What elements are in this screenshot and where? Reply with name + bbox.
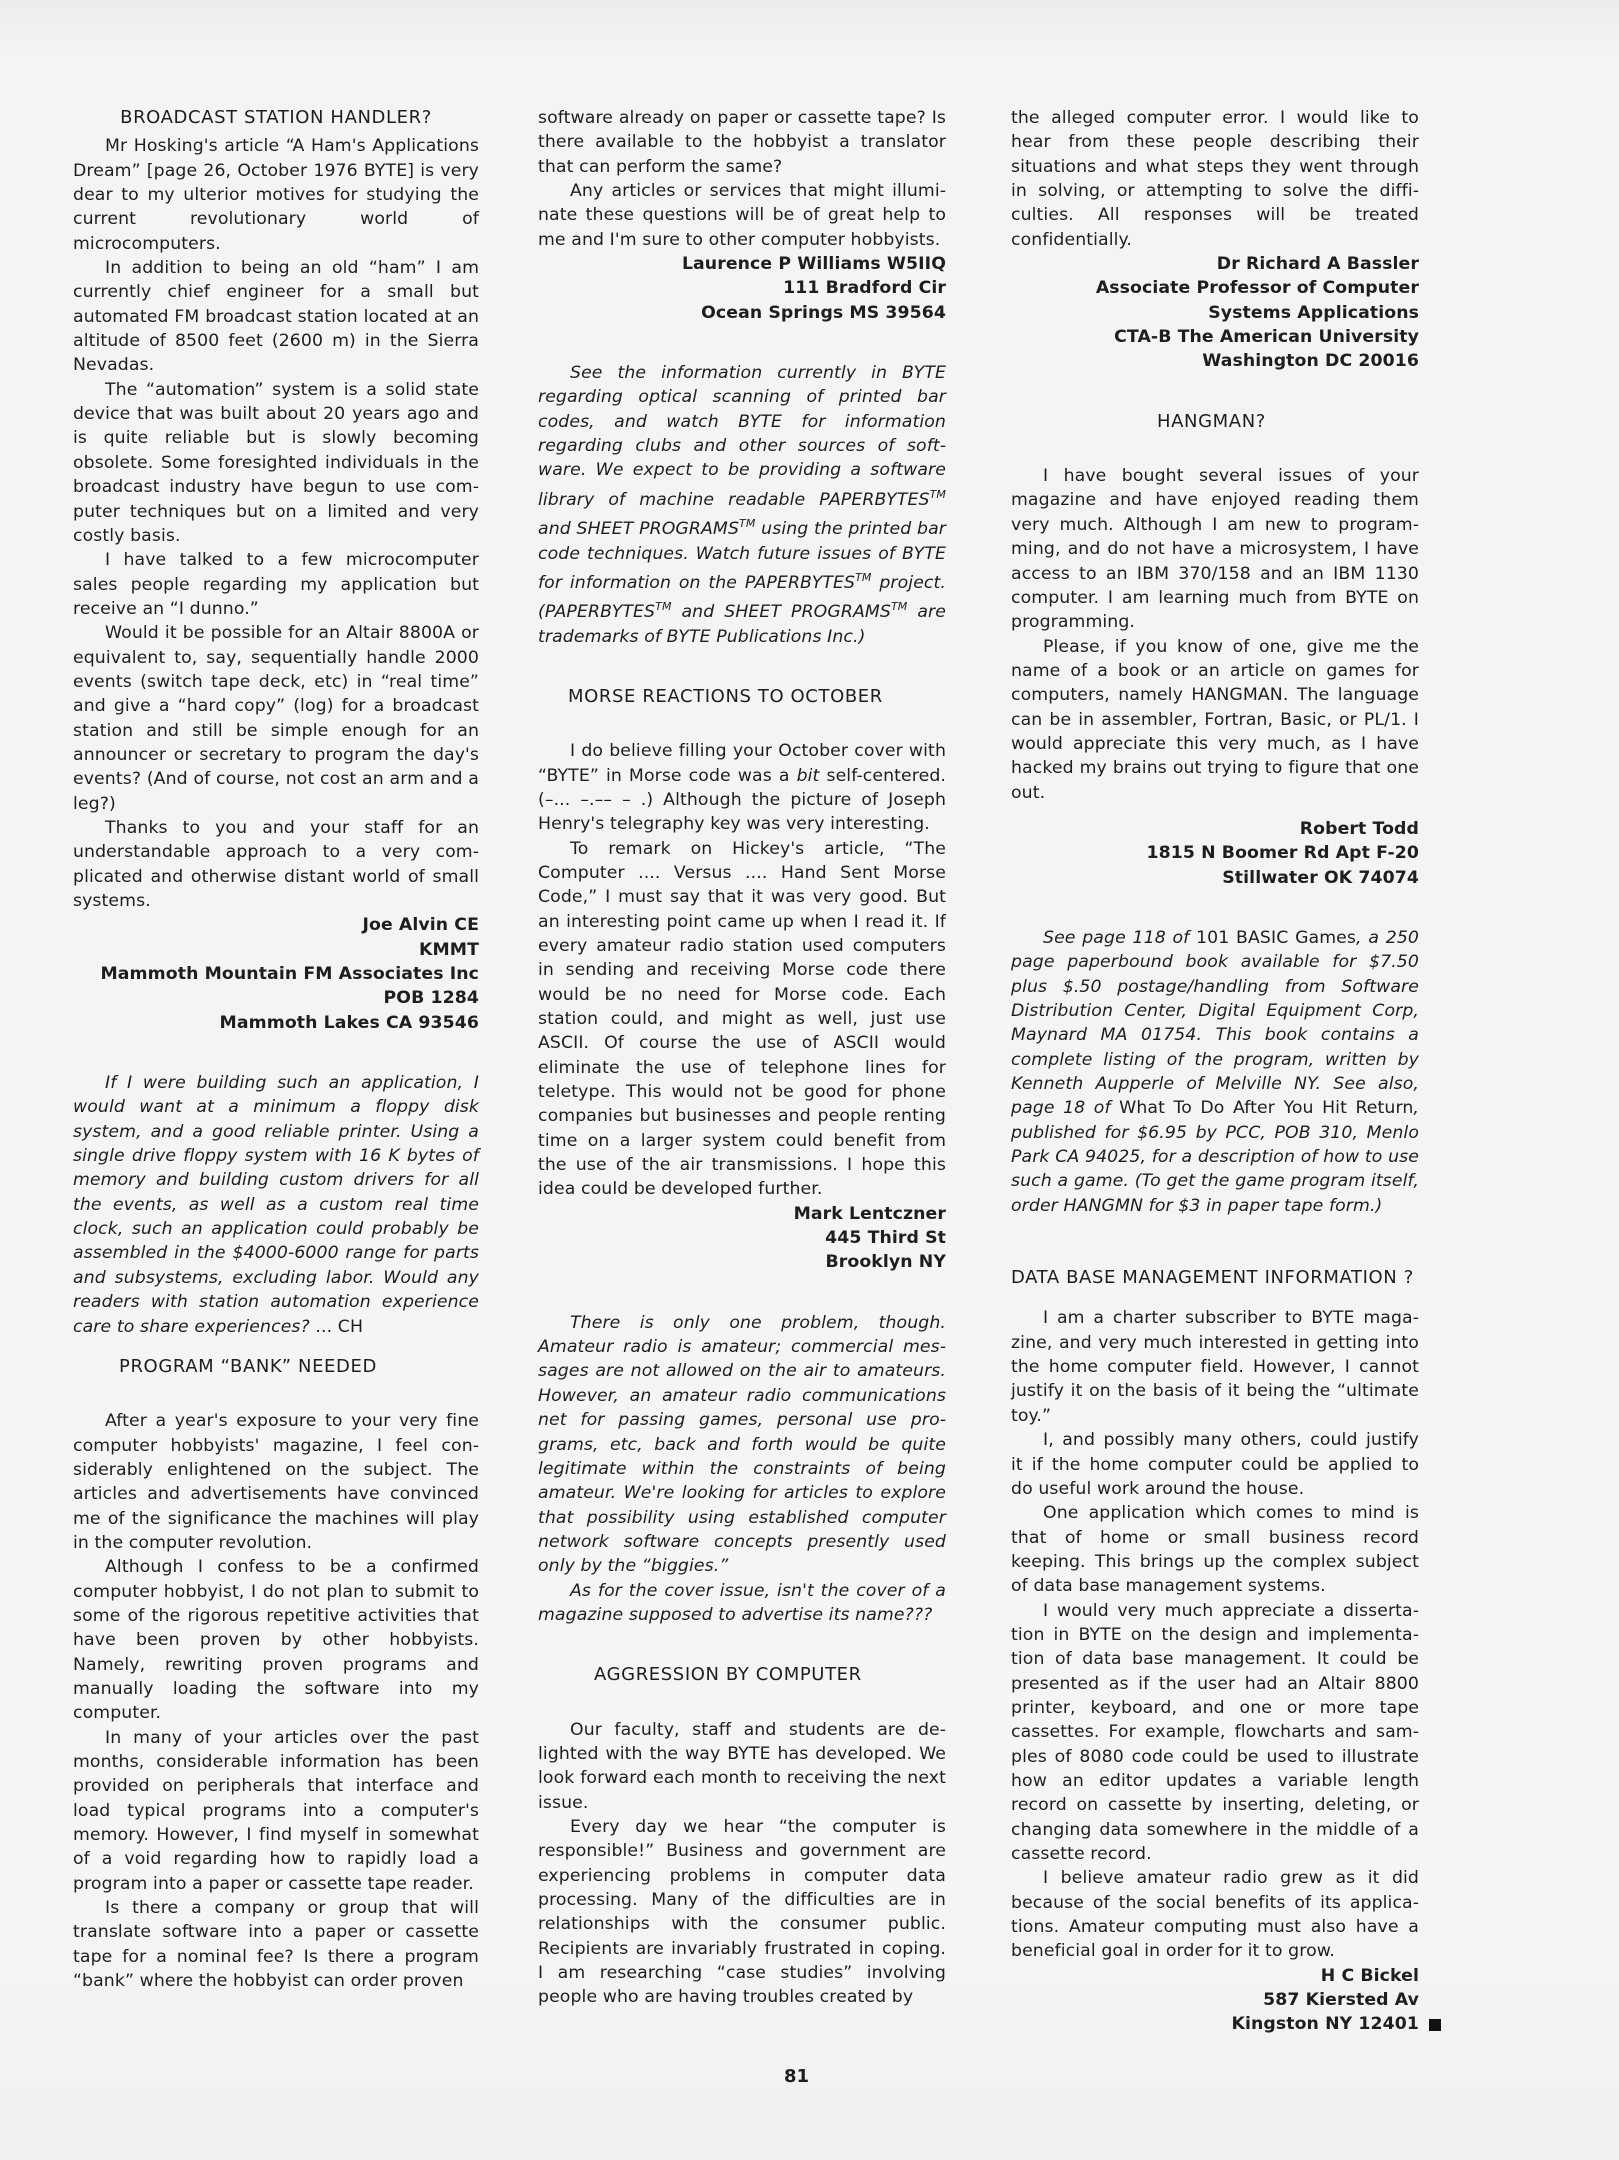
letter-program-bank-continued: software already on paper or cassette ta… (538, 106, 946, 649)
letter-paragraph: I believe amateur radio grew as it did b… (1011, 1866, 1419, 1963)
trademark-mark: TM (930, 488, 946, 501)
signature-line: Mammoth Lakes CA 93546 (73, 1011, 479, 1035)
page-number: 81 (784, 2066, 809, 2087)
section-heading: DATA BASE MANAGEMENT INFORMATION ? (1011, 1266, 1419, 1290)
letter-paragraph: Every day we hear “the computer is respo… (538, 1815, 946, 2010)
editor-reply: See the information currently in BYTE re… (538, 361, 946, 649)
signature-line: 111 Bradford Cir (538, 276, 946, 300)
letter-paragraph: the alleged computer error. I would like… (1011, 106, 1419, 252)
signature-name: Dr Richard A Bassler (1011, 252, 1419, 276)
signature-line: KMMT (73, 938, 479, 962)
column-2: software already on paper or cassette ta… (538, 106, 946, 2010)
editor-initials: ... CH (315, 1317, 363, 1337)
letter-paragraph: To remark on Hickey's article, “The Comp… (538, 837, 946, 1202)
trademark-mark: TM (739, 517, 755, 530)
letter-aggression-by-computer: AGGRESSION BY COMPUTER Our faculty, staf… (538, 1663, 946, 2009)
trademark-mark: TM (655, 600, 671, 613)
editor-reply: See page 118 of 101 BASIC Games, a 250 p… (1011, 926, 1419, 1218)
letter-paragraph: One application which comes to mind is t… (1011, 1501, 1419, 1598)
signature-name: Mark Lentczner (538, 1202, 946, 1226)
signature-line: 1815 N Boomer Rd Apt F-20 (1011, 841, 1419, 865)
signature-line: Stillwater OK 74074 (1011, 866, 1419, 890)
book-title: What To Do After You Hit Return (1119, 1098, 1413, 1118)
letter-paragraph: In many of your articles over the past m… (73, 1726, 479, 1896)
letter-signature: Dr Richard A Bassler Associate Professor… (1011, 252, 1419, 374)
letter-paragraph: I would very much appreciate a disserta­… (1011, 1599, 1419, 1867)
letter-hangman: HANGMAN? I have bought several issues of… (1011, 410, 1419, 1218)
signature-line: 445 Third St (538, 1226, 946, 1250)
letter-paragraph: The “automation” system is a solid state… (73, 378, 479, 548)
letter-paragraph: I do believe filling your October cover … (538, 739, 946, 836)
letter-signature: Robert Todd 1815 N Boomer Rd Apt F-20 St… (1011, 817, 1419, 890)
signature-line: Ocean Springs MS 39564 (538, 301, 946, 325)
signature-name: H C Bickel (1011, 1964, 1419, 1988)
signature-line: Mammoth Mountain FM Associates Inc (73, 962, 479, 986)
letter-program-bank-needed: PROGRAM “BANK” NEEDED After a year's exp… (73, 1355, 479, 1994)
end-of-article-icon (1429, 2019, 1441, 2031)
letter-paragraph: Thanks to you and your staff for an unde… (73, 816, 479, 913)
letter-morse-reactions: MORSE REACTIONS TO OCTOBER I do believe … (538, 685, 946, 1627)
signature-line: Systems Applications (1011, 301, 1419, 325)
section-heading: PROGRAM “BANK” NEEDED (73, 1355, 479, 1379)
signature-line: CTA-B The American University (1011, 325, 1419, 349)
signature-line: Associate Professor of Computer (1011, 276, 1419, 300)
signature-line: 587 Kiersted Av (1011, 1988, 1419, 2012)
trademark-mark: TM (891, 600, 907, 613)
letter-signature: Mark Lentczner 445 Third St Brooklyn NY (538, 1202, 946, 1275)
editor-reply: There is only one problem, though. Amate… (538, 1311, 946, 1579)
column-1: BROADCAST STATION HANDLER? Mr Hosking's … (73, 106, 479, 1993)
signature-line: POB 1284 (73, 986, 479, 1010)
editor-reply: If I were building such an application, … (73, 1071, 479, 1339)
editor-reply: As for the cover issue, isn't the cover … (538, 1579, 946, 1628)
letter-paragraph: Mr Hosking's article “A Ham's Applica­ti… (73, 134, 479, 256)
column-3: the alleged computer error. I would like… (1011, 106, 1419, 2037)
letter-paragraph: I have bought several issues of your mag… (1011, 464, 1419, 634)
letter-paragraph: I am a charter subscriber to BYTE maga­z… (1011, 1306, 1419, 1428)
section-heading: MORSE REACTIONS TO OCTOBER (538, 685, 946, 709)
letter-aggression-continued: the alleged computer error. I would like… (1011, 106, 1419, 374)
letter-paragraph: After a year's exposure to your very fin… (73, 1409, 479, 1555)
signature-name: Laurence P Williams W5IIQ (538, 252, 946, 276)
letter-paragraph: I have talked to a few microcomputer sal… (73, 548, 479, 621)
section-heading: HANGMAN? (1011, 410, 1419, 434)
letter-paragraph: software already on paper or cassette ta… (538, 106, 946, 179)
letter-paragraph: Would it be possible for an Altair 8800A… (73, 621, 479, 816)
section-heading: AGGRESSION BY COMPUTER (538, 1663, 946, 1687)
letter-data-base-management: DATA BASE MANAGEMENT INFORMATION ? I am … (1011, 1266, 1419, 2037)
signature-name: Joe Alvin CE (73, 913, 479, 937)
letter-paragraph: Is there a company or group that will tr… (73, 1896, 479, 1993)
trademark-mark: TM (855, 571, 871, 584)
signature-line: Kingston NY 12401 (1011, 2012, 1419, 2036)
book-title: 101 BASIC Games (1196, 928, 1356, 948)
letter-paragraph: Any articles or services that might illu… (538, 179, 946, 252)
letter-signature: H C Bickel 587 Kiersted Av Kingston NY 1… (1011, 1964, 1419, 2037)
signature-line: Brooklyn NY (538, 1250, 946, 1274)
letter-signature: Joe Alvin CE KMMT Mammoth Mountain FM As… (73, 913, 479, 1035)
section-heading: BROADCAST STATION HANDLER? (73, 106, 479, 130)
letter-paragraph: Our faculty, staff and students are de­l… (538, 1718, 946, 1815)
signature-line: Washington DC 20016 (1011, 349, 1419, 373)
letter-paragraph: I, and possibly many others, could justi… (1011, 1428, 1419, 1501)
letter-paragraph: Although I confess to be a confirmed com… (73, 1555, 479, 1725)
letter-broadcast-station-handler: BROADCAST STATION HANDLER? Mr Hosking's … (73, 106, 479, 1339)
signature-name: Robert Todd (1011, 817, 1419, 841)
letter-paragraph: Please, if you know of one, give me the … (1011, 635, 1419, 805)
letter-paragraph: In addition to being an old “ham” I am c… (73, 256, 479, 378)
letter-signature: Laurence P Williams W5IIQ 111 Bradford C… (538, 252, 946, 325)
